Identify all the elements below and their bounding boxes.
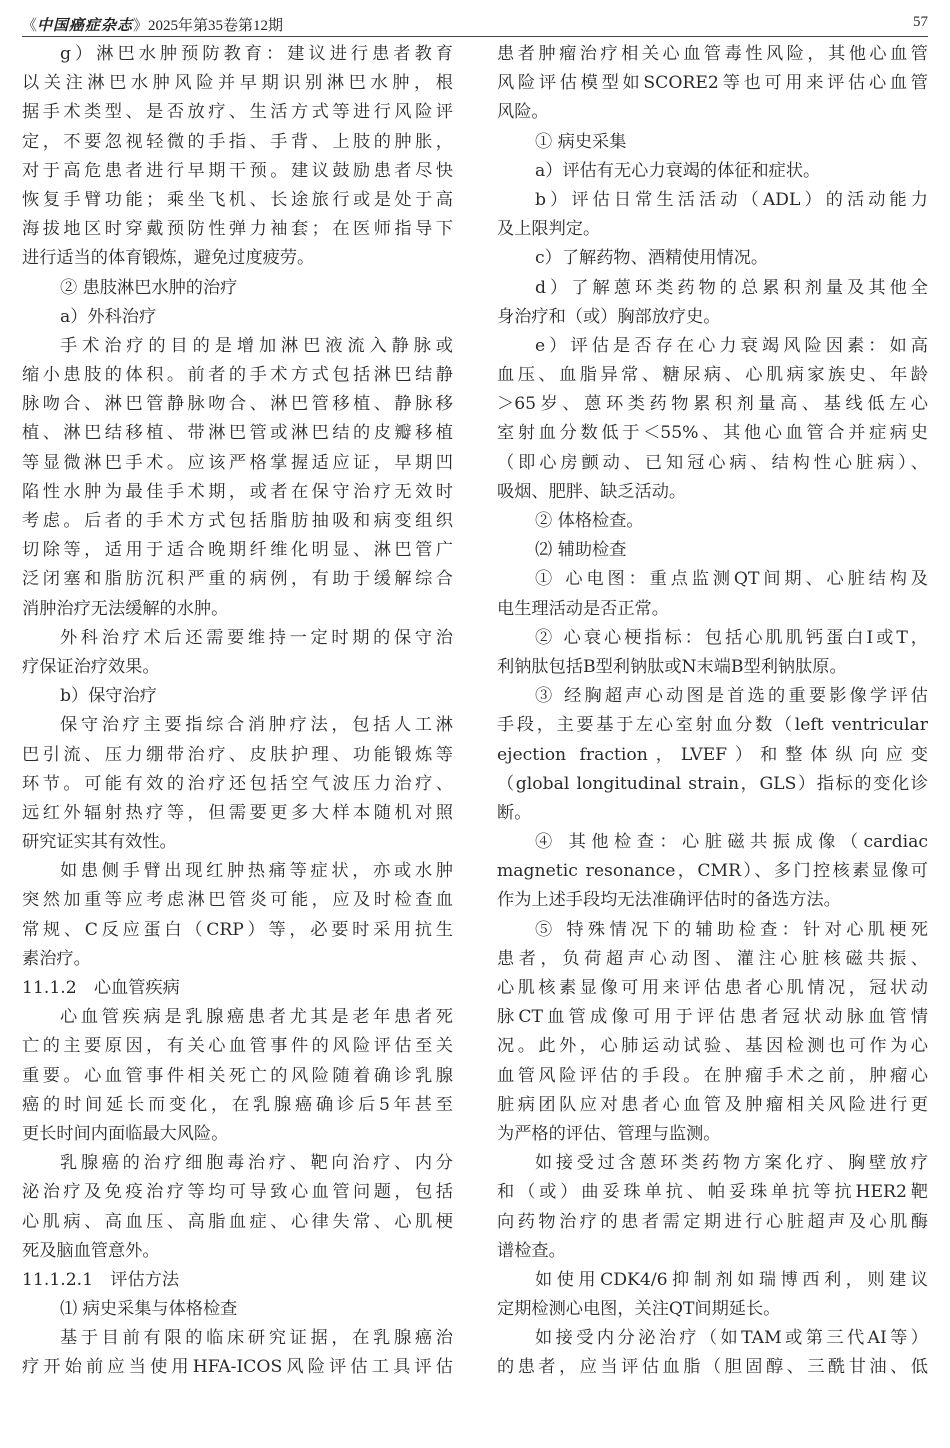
- text-line: 作为上述手段均无法准确评估时的备选方法。: [497, 886, 928, 915]
- text-line: 环节。可能有效的治疗还包括空气波压力治疗、: [22, 770, 453, 799]
- text-line: d）了解蒽环类药物的总累积剂量及其他全: [497, 274, 928, 303]
- text-line: ⑵ 辅助检查: [497, 536, 928, 565]
- text-line: 消肿治疗无法缓解的水肿。: [22, 595, 453, 624]
- text-line: ② 患肢淋巴水肿的治疗: [22, 274, 453, 303]
- journal-bracket-close: 》: [133, 18, 148, 34]
- text-line: 如接受内分泌治疗（如TAM或第三代AI等）: [497, 1324, 928, 1353]
- text-line: 进行适当的体育锻炼，避免过度疲劳。: [22, 244, 453, 273]
- text-line: 重要。心血管事件相关死亡的风险随着确诊乳腺: [22, 1062, 453, 1091]
- page-number: 57: [913, 14, 928, 31]
- text-line: 海拔地区时穿戴预防性弹力袖套；在医师指导下: [22, 215, 453, 244]
- text-line: 常规、C反应蛋白（CRP）等，必要时采用抗生: [22, 916, 453, 945]
- journal-citation: 《中国癌症杂志》2025年第35卷第12期: [22, 14, 283, 35]
- text-line: ③ 经胸超声心动图是首选的重要影像学评估: [497, 682, 928, 711]
- text-line: 如患侧手臂出现红肿热痛等症状，亦或水肿: [22, 857, 453, 886]
- left-column: g）淋巴水肿预防教育：建议进行患者教育以关注淋巴水肿风险并早期识别淋巴水肿，根据…: [22, 40, 453, 1383]
- text-line: ② 心衰心梗指标：包括心肌肌钙蛋白I或T，: [497, 624, 928, 653]
- text-line: 据手术类型、是否放疗、生活方式等进行风险评: [22, 98, 453, 127]
- text-line: c）了解药物、酒精使用情况。: [497, 244, 928, 273]
- text-line: 陷性水肿为最佳手术期，或者在保守治疗无效时: [22, 478, 453, 507]
- text-line: 保守治疗主要指综合消肿疗法，包括人工淋: [22, 711, 453, 740]
- text-line: 切除等，适用于适合晚期纤维化明显、淋巴管广: [22, 536, 453, 565]
- text-line: 定，不要忽视轻微的手指、手背、上肢的肿胀，: [22, 128, 453, 157]
- text-line: 死及脑血管意外。: [22, 1237, 453, 1266]
- text-line: 风险。: [497, 98, 928, 127]
- text-line: ① 病史采集: [497, 128, 928, 157]
- text-line: magnetic resonance，CMR）、多门控核素显像可: [497, 857, 928, 886]
- text-line: 恢复手臂功能；乘坐飞机、长途旅行或是处于高: [22, 186, 453, 215]
- text-line: 患者肿瘤治疗相关心血管毒性风险，其他心血管: [497, 40, 928, 69]
- journal-issue: 2025年第35卷第12期: [148, 18, 283, 34]
- text-line: ⑤ 特殊情况下的辅助检查：针对心肌梗死: [497, 916, 928, 945]
- text-line: 疗开始前应当使用HFA-ICOS风险评估工具评估: [22, 1353, 453, 1382]
- text-line: 泛闭塞和脂肪沉积严重的病例，有助于缓解综合: [22, 565, 453, 594]
- text-line: 谱检查。: [497, 1237, 928, 1266]
- text-line: 心血管疾病是乳腺癌患者尤其是老年患者死: [22, 1003, 453, 1032]
- text-line: 的患者，应当评估血脂（胆固醇、三酰甘油、低: [497, 1353, 928, 1382]
- text-line: 11.1.2.1 评估方法: [22, 1266, 453, 1295]
- text-line: 脉吻合、淋巴管静脉吻合、淋巴管移植、静脉移: [22, 390, 453, 419]
- text-line: 为严格的评估、管理与监测。: [497, 1120, 928, 1149]
- text-line: （即心房颤动、已知冠心病、结构性心脏病）、: [497, 449, 928, 478]
- journal-bracket-open: 《: [22, 18, 37, 34]
- text-line: 心肌核素显像可用来评估患者心肌情况，冠状动: [497, 974, 928, 1003]
- text-line: 突然加重等应考虑淋巴管炎可能，应及时检查血: [22, 886, 453, 915]
- right-column: 患者肿瘤治疗相关心血管毒性风险，其他心血管风险评估模型如SCORE2等也可用来评…: [497, 40, 928, 1383]
- text-line: ① 心电图：重点监测QT间期、心脏结构及: [497, 565, 928, 594]
- text-line: ⑴ 病史采集与体格检查: [22, 1295, 453, 1324]
- text-line: 电生理活动是否正常。: [497, 595, 928, 624]
- text-line: 定期检测心电图，关注QT间期延长。: [497, 1295, 928, 1324]
- text-line: 巴引流、压力绷带治疗、皮肤护理、功能锻炼等: [22, 741, 453, 770]
- text-line: ＞65岁、蒽环类药物累积剂量高、基线低左心: [497, 390, 928, 419]
- text-line: g）淋巴水肿预防教育：建议进行患者教育: [22, 40, 453, 69]
- text-line: 脏病团队应对患者心血管及肿瘤相关风险进行更: [497, 1091, 928, 1120]
- text-line: 断。: [497, 799, 928, 828]
- text-line: 手段，主要基于左心室射血分数（left ventricular: [497, 711, 928, 740]
- text-line: 基于目前有限的临床研究证据，在乳腺癌治: [22, 1324, 453, 1353]
- text-line: 血压、血脂异常、糖尿病、心肌病家族史、年龄: [497, 361, 928, 390]
- text-line: 心肌病、高血压、高脂血症、心律失常、心肌梗: [22, 1208, 453, 1237]
- text-line: ② 体格检查。: [497, 507, 928, 536]
- text-line: 考虑。后者的手术方式包括脂肪抽吸和病变组织: [22, 507, 453, 536]
- text-line: 脉CT血管成像可用于评估患者冠状动脉血管情: [497, 1003, 928, 1032]
- text-line: 以关注淋巴水肿风险并早期识别淋巴水肿，根: [22, 69, 453, 98]
- text-line: 癌的时间延长而变化，在乳腺癌确诊后5年甚至: [22, 1091, 453, 1120]
- text-line: b）评估日常生活活动（ADL）的活动能力: [497, 186, 928, 215]
- text-line: 血管风险评估的手段。在肿瘤手术之前，肿瘤心: [497, 1062, 928, 1091]
- text-line: 更长时间内面临最大风险。: [22, 1120, 453, 1149]
- text-line: 向药物治疗的患者需定期进行心脏超声及心肌酶: [497, 1208, 928, 1237]
- text-line: 亡的主要原因，有关心血管事件的风险评估至关: [22, 1032, 453, 1061]
- text-line: 患者，负荷超声心动图、灌注心脏核磁共振、: [497, 945, 928, 974]
- text-line: e）评估是否存在心力衰竭风险因素：如高: [497, 332, 928, 361]
- text-line: 和（或）曲妥珠单抗、帕妥珠单抗等抗HER2靶: [497, 1178, 928, 1207]
- text-line: 室射血分数低于＜55%、其他心血管合并症病史: [497, 419, 928, 448]
- text-line: 等显微淋巴手术。应该严格掌握适应证，早期凹: [22, 449, 453, 478]
- text-line: 手术治疗的目的是增加淋巴液流入静脉或: [22, 332, 453, 361]
- text-line: 身治疗和（或）胸部放疗史。: [497, 303, 928, 332]
- text-line: 疗保证治疗效果。: [22, 653, 453, 682]
- text-line: 研究证实其有效性。: [22, 828, 453, 857]
- text-line: 素治疗。: [22, 945, 453, 974]
- text-line: a）评估有无心力衰竭的体征和症状。: [497, 157, 928, 186]
- text-line: （global longitudinal strain，GLS）指标的变化诊: [497, 770, 928, 799]
- text-line: 及上限判定。: [497, 215, 928, 244]
- running-header: 《中国癌症杂志》2025年第35卷第12期 57: [22, 8, 928, 37]
- text-line: 11.1.2 心血管疾病: [22, 974, 453, 1003]
- text-line: ejection fraction，LVEF）和整体纵向应变: [497, 741, 928, 770]
- text-line: 风险评估模型如SCORE2等也可用来评估心血管: [497, 69, 928, 98]
- text-line: 况。此外，心肺运动试验、基因检测也可作为心: [497, 1032, 928, 1061]
- text-line: 远红外辐射热疗等，但需要更多大样本随机对照: [22, 799, 453, 828]
- text-line: 对于高危患者进行早期干预。建议鼓励患者尽快: [22, 157, 453, 186]
- text-line: 如接受过含蒽环类药物方案化疗、胸壁放疗: [497, 1149, 928, 1178]
- text-line: 外科治疗术后还需要维持一定时期的保守治: [22, 624, 453, 653]
- text-line: 吸烟、肥胖、缺乏活动。: [497, 478, 928, 507]
- text-line: 泌治疗及免疫治疗等均可导致心血管问题，包括: [22, 1178, 453, 1207]
- journal-name: 中国癌症杂志: [37, 18, 133, 34]
- text-line: 植、淋巴结移植、带淋巴管或淋巴结的皮瓣移植: [22, 419, 453, 448]
- text-line: ④ 其他检查：心脏磁共振成像（cardiac: [497, 828, 928, 857]
- text-line: 缩小患肢的体积。前者的手术方式包括淋巴结静: [22, 361, 453, 390]
- text-line: a）外科治疗: [22, 303, 453, 332]
- text-line: 乳腺癌的治疗细胞毒治疗、靶向治疗、内分: [22, 1149, 453, 1178]
- text-line: b）保守治疗: [22, 682, 453, 711]
- text-line: 利钠肽包括B型利钠肽或N末端B型利钠肽原。: [497, 653, 928, 682]
- text-line: 如使用CDK4/6抑制剂如瑞博西利，则建议: [497, 1266, 928, 1295]
